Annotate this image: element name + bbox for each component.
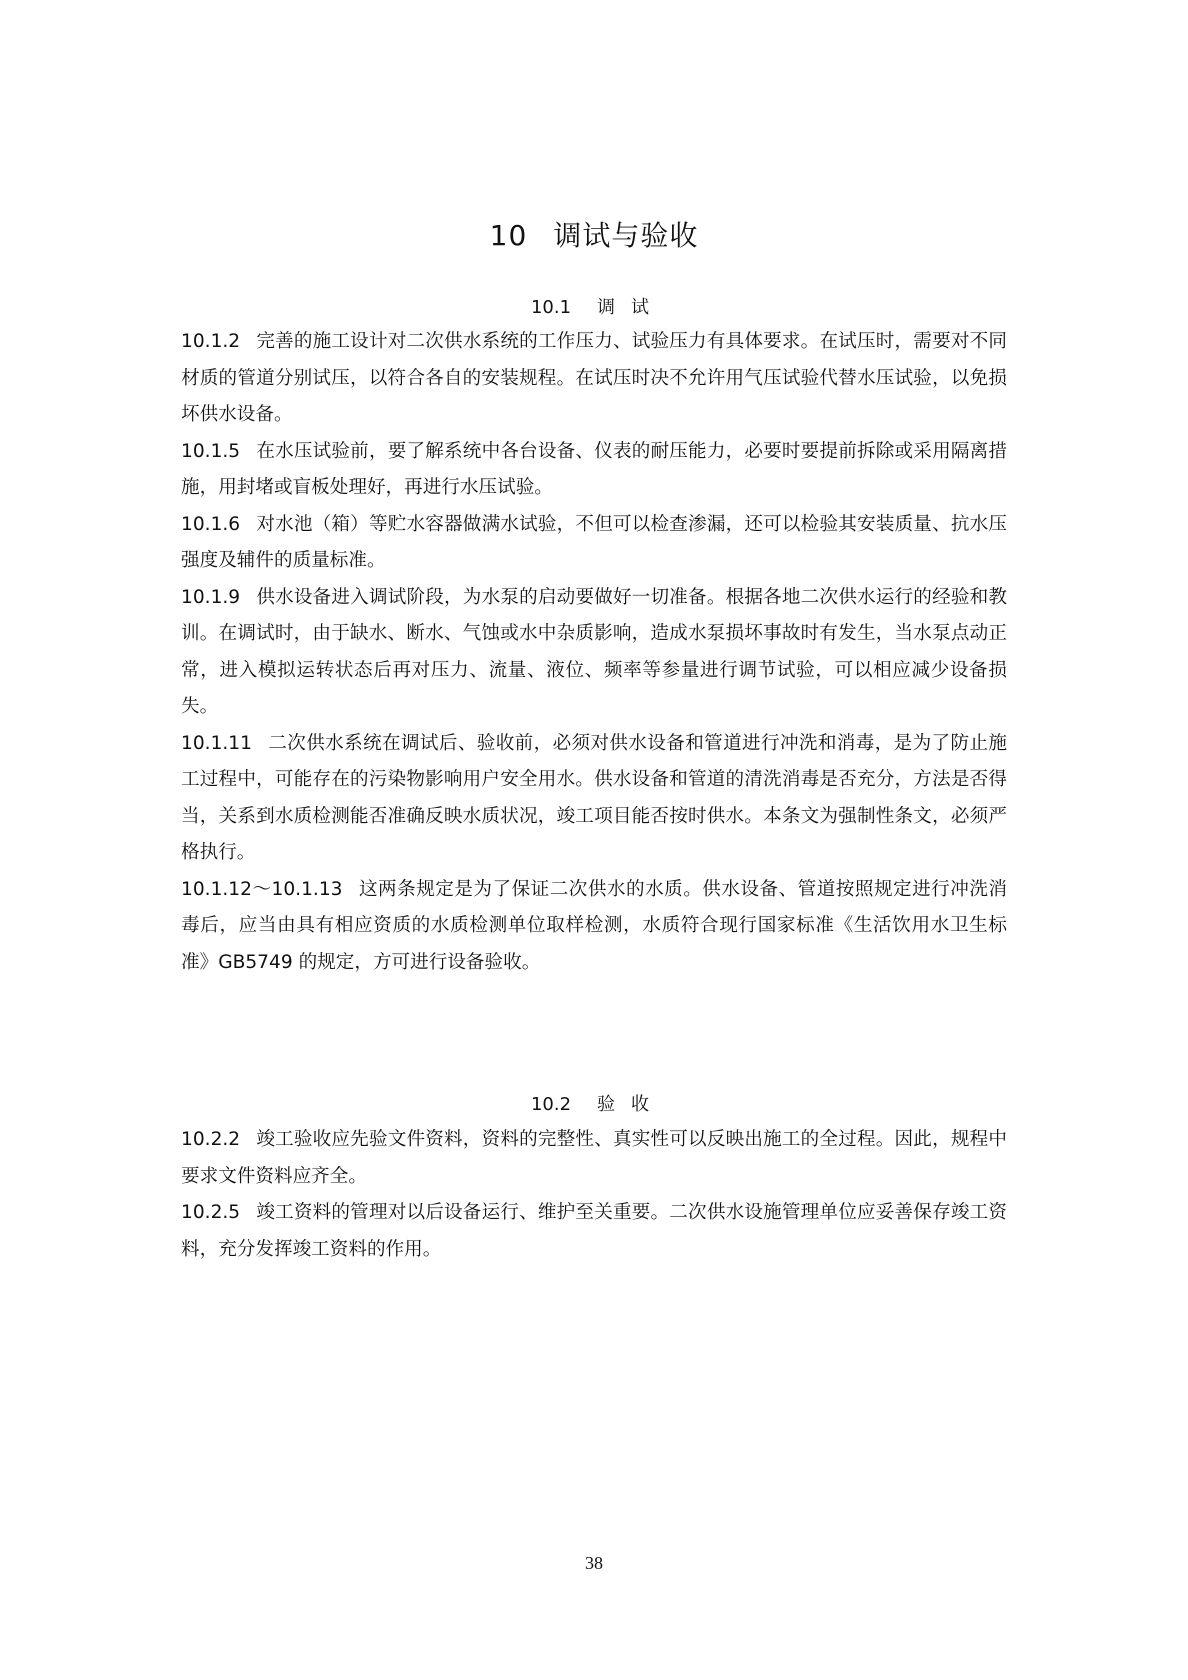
clause-number: 10.1.11 [181, 733, 252, 754]
section-title-10-2: 10.2验收 [0, 1092, 1188, 1118]
page-number: 38 [0, 1553, 1188, 1574]
section-title-char: 验 [597, 1094, 615, 1115]
clause-text: 完善的施工设计对二次供水系统的工作压力、试验压力有具体要求。在试压时，需要对不同… [181, 331, 1007, 425]
document-page: 10调试与验收 10.1调试 10.1.2完善的施工设计对二次供水系统的工作压力… [0, 0, 1188, 1680]
section-title-char: 收 [631, 1094, 649, 1115]
section-body-10-2: 10.2.2竣工验收应先验文件资料，资料的完整性、真实性可以反映出施工的全过程。… [181, 1122, 1007, 1268]
clause-10-2-2: 10.2.2竣工验收应先验文件资料，资料的完整性、真实性可以反映出施工的全过程。… [181, 1122, 1007, 1195]
clause-number: 10.1.6 [181, 514, 240, 535]
clause-10-1-2: 10.1.2完善的施工设计对二次供水系统的工作压力、试验压力有具体要求。在试压时… [181, 324, 1007, 434]
chapter-title-text: 调试与验收 [553, 219, 698, 252]
section-body-10-1: 10.1.2完善的施工设计对二次供水系统的工作压力、试验压力有具体要求。在试压时… [181, 324, 1007, 981]
clause-number: 10.1.5 [181, 441, 240, 462]
clause-text: 二次供水系统在调试后、验收前，必须对供水设备和管道进行冲洗和消毒，是为了防止施工… [181, 733, 1007, 864]
clause-10-1-5: 10.1.5在水压试验前，要了解系统中各台设备、仪表的耐压能力，必要时要提前拆除… [181, 434, 1007, 507]
section-number: 10.1 [531, 297, 571, 318]
clause-text: 在水压试验前，要了解系统中各台设备、仪表的耐压能力，必要时要提前拆除或采用隔离措… [181, 441, 1007, 499]
clause-10-1-9: 10.1.9供水设备进入调试阶段，为水泵的启动要做好一切准备。根据各地二次供水运… [181, 580, 1007, 726]
clause-10-1-12-13: 10.1.12～10.1.13这两条规定是为了保证二次供水的水质。供水设备、管道… [181, 872, 1007, 982]
clause-number: 10.1.2 [181, 331, 240, 352]
clause-number: 10.1.12～10.1.13 [181, 879, 343, 900]
section-title-char: 试 [631, 297, 649, 318]
clause-number: 10.2.2 [181, 1129, 240, 1150]
clause-text: 竣工资料的管理对以后设备运行、维护至关重要。二次供水设施管理单位应妥善保存竣工资… [181, 1202, 1007, 1260]
clause-text: 对水池（箱）等贮水容器做满水试验，不但可以检查渗漏，还可以检验其安装质量、抗水压… [181, 514, 1007, 572]
clause-10-2-5: 10.2.5竣工资料的管理对以后设备运行、维护至关重要。二次供水设施管理单位应妥… [181, 1195, 1007, 1268]
section-number: 10.2 [531, 1094, 571, 1115]
clause-10-1-11: 10.1.11二次供水系统在调试后、验收前，必须对供水设备和管道进行冲洗和消毒，… [181, 726, 1007, 872]
clause-number: 10.2.5 [181, 1202, 240, 1223]
clause-text: 供水设备进入调试阶段，为水泵的启动要做好一切准备。根据各地二次供水运行的经验和教… [181, 587, 1007, 718]
chapter-number: 10 [490, 219, 528, 252]
section-title-10-1: 10.1调试 [0, 295, 1188, 321]
chapter-title: 10调试与验收 [0, 216, 1188, 256]
clause-text: 竣工验收应先验文件资料，资料的完整性、真实性可以反映出施工的全过程。因此，规程中… [181, 1129, 1007, 1187]
clause-10-1-6: 10.1.6对水池（箱）等贮水容器做满水试验，不但可以检查渗漏，还可以检验其安装… [181, 507, 1007, 580]
clause-number: 10.1.9 [181, 587, 240, 608]
section-title-char: 调 [597, 297, 615, 318]
